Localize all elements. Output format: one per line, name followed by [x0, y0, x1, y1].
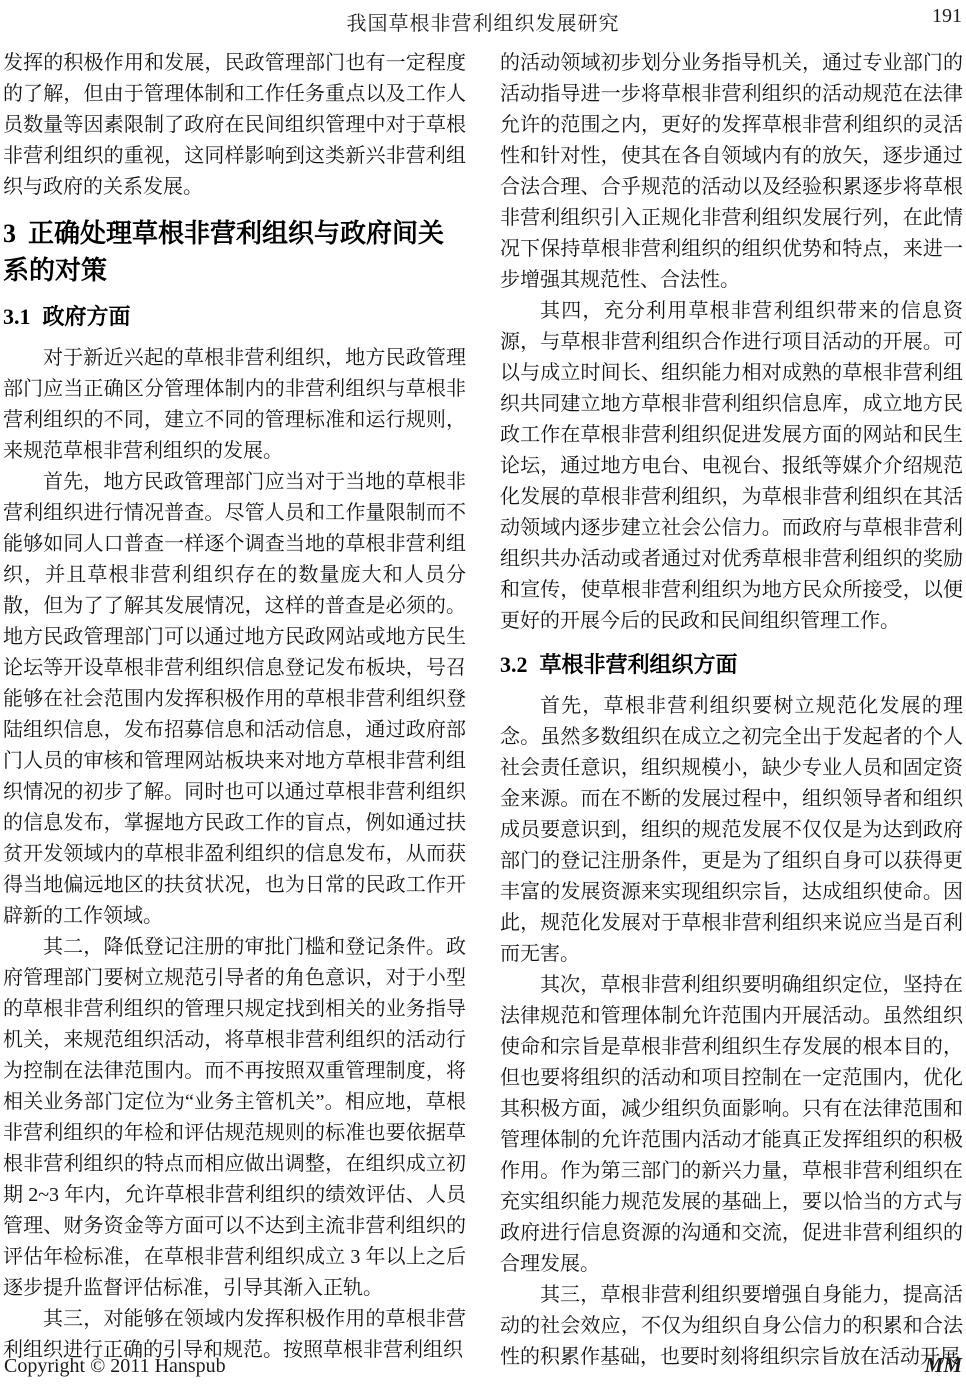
- paper-page: 我国草根非营利组织发展研究 191 发挥的积极作用和发展，民政管理部门也有一定程…: [0, 0, 966, 1386]
- paragraph-3-1-first: 首先，地方民政管理部门应当对于当地的草根非营利组织进行情况普查。尽管人员和工作量…: [3, 467, 466, 932]
- section-3-2-number: 3.2: [500, 652, 528, 677]
- section-3-2-title: 草根非营利组织方面: [540, 652, 738, 677]
- running-header: 我国草根非营利组织发展研究 191: [0, 0, 966, 46]
- paragraph-3-2-second: 其次，草根非营利组织要明确组织定位，坚持在法律规范和管理体制允许范围内开展活动。…: [500, 970, 963, 1280]
- running-head-title: 我国草根非营利组织发展研究: [0, 7, 966, 36]
- paragraph-3-1-second: 其二，降低登记注册的审批门槛和登记条件。政府管理部门要树立规范引导者的角色意识，…: [3, 932, 466, 1304]
- section-heading-3: 3正确处理草根非营利组织与政府间关系的对策: [3, 215, 466, 289]
- paragraph-3-1-intro: 对于新近兴起的草根非营利组织，地方民政管理部门应当正确区分管理体制内的非营利组织…: [3, 343, 466, 467]
- page-footer: Copyright © 2011 Hanspub MM: [0, 1353, 966, 1378]
- journal-code: MM: [925, 1353, 962, 1378]
- paragraph-continuation-left: 发挥的积极作用和发展，民政管理部门也有一定程度的了解，但由于管理体制和工作任务重…: [3, 48, 466, 203]
- section-3-title: 正确处理草根非营利组织与政府间关系的对策: [3, 218, 444, 285]
- paragraph-3-2-first: 首先，草根非营利组织要树立规范化发展的理念。虽然多数组织在成立之初完全出于发起者…: [500, 691, 963, 970]
- section-3-1-title: 政府方面: [43, 304, 131, 329]
- section-3-1-number: 3.1: [3, 304, 31, 329]
- copyright-notice: Copyright © 2011 Hanspub: [4, 1355, 226, 1378]
- paragraph-3-1-fourth: 其四，充分利用草根非营利组织带来的信息资源，与草根非营利组织合作进行项目活动的开…: [500, 296, 963, 637]
- right-column: 的活动领域初步划分业务指导机关，通过专业部门的活动指导进一步将草根非营利组织的活…: [500, 48, 963, 1373]
- left-column: 发挥的积极作用和发展，民政管理部门也有一定程度的了解，但由于管理体制和工作任务重…: [3, 48, 466, 1373]
- section-3-number: 3: [3, 219, 16, 248]
- body-columns: 发挥的积极作用和发展，民政管理部门也有一定程度的了解，但由于管理体制和工作任务重…: [0, 48, 966, 1373]
- section-heading-3-2: 3.2草根非营利组织方面: [500, 650, 963, 680]
- paragraph-continuation-right: 的活动领域初步划分业务指导机关，通过专业部门的活动指导进一步将草根非营利组织的活…: [500, 48, 963, 296]
- section-heading-3-1: 3.1政府方面: [3, 302, 466, 332]
- page-number: 191: [932, 5, 962, 28]
